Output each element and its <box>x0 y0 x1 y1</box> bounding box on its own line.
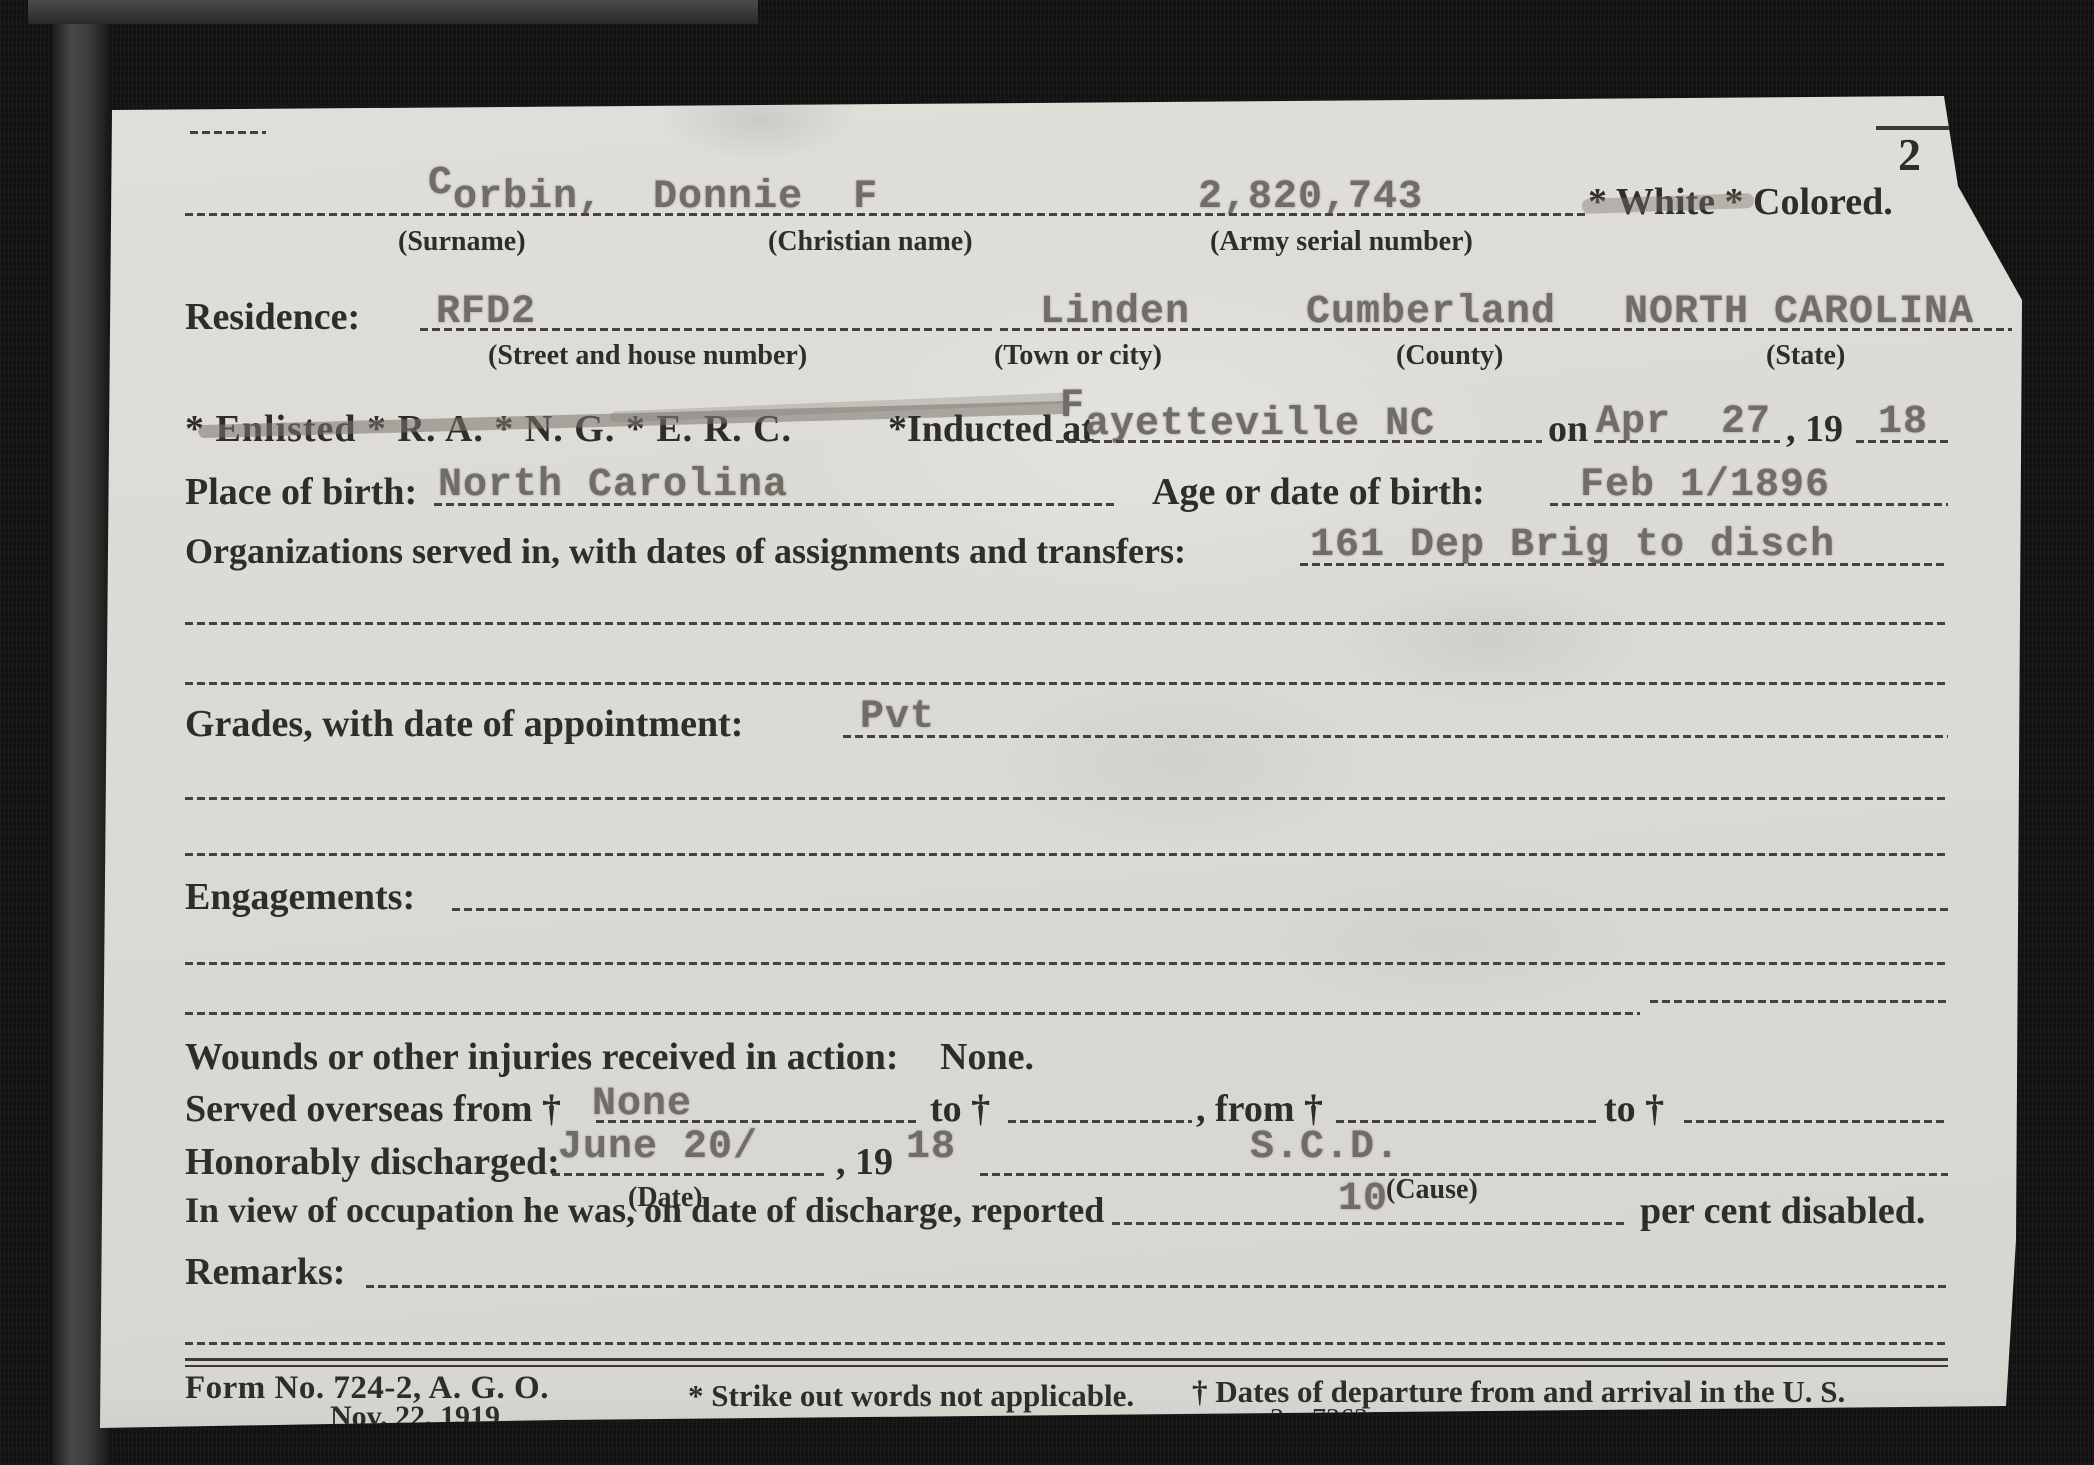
organizations-dotted-line <box>1300 563 1948 566</box>
town-value: Linden <box>1040 293 1190 333</box>
surname-caption: (Surname) <box>398 228 526 256</box>
remarks-label: Remarks: <box>185 1253 345 1291</box>
induction-date-value: Apr 27 <box>1596 403 1771 443</box>
place-of-birth-label: Place of birth: <box>185 473 417 511</box>
discharge-date-dotted-line <box>552 1173 828 1176</box>
percent-disabled-label: per cent disabled. <box>1640 1192 1925 1230</box>
town-caption: (Town or city) <box>994 342 1162 370</box>
serial-number-value: 2,820,743 <box>1198 178 1423 218</box>
organizations-value: 161 Dep Brig to disch <box>1310 526 1835 566</box>
blank-dotted-line-1 <box>185 622 1948 625</box>
county-caption: (County) <box>1396 342 1503 370</box>
disability-dotted-line <box>1112 1222 1624 1225</box>
blank-dotted-line-6-right <box>1650 1000 1948 1003</box>
state-caption: (State) <box>1766 342 1845 370</box>
grades-dotted-line <box>843 735 1948 738</box>
induction-year-value: 18 <box>1878 403 1928 443</box>
overseas-dotted-line-2 <box>1008 1120 1192 1123</box>
book-spine-band <box>52 0 110 1465</box>
service-record-card: 2 Corbin, Donnie F 2,820,743 * White * C… <box>0 0 2094 1465</box>
overseas-to-label-1: to † <box>930 1090 990 1128</box>
strike-out-footnote: * Strike out words not applicable. <box>688 1380 1134 1411</box>
overseas-dotted-line-3 <box>1336 1120 1598 1123</box>
scan-top-band <box>28 0 758 24</box>
overseas-to-label-2: to † <box>1604 1090 1664 1128</box>
engagements-label: Engagements: <box>185 878 415 916</box>
serial-caption: (Army serial number) <box>1210 228 1473 256</box>
discharged-label: Honorably discharged: <box>185 1143 560 1181</box>
age-label: Age or date of birth: <box>1152 473 1485 511</box>
grades-label: Grades, with date of appointment: <box>185 705 743 743</box>
induction-year-dotted-line <box>1856 440 1948 443</box>
on-label: on <box>1548 410 1588 448</box>
street-caption: (Street and house number) <box>488 342 807 370</box>
name-value: Corbin, Donnie F <box>428 178 878 218</box>
corner-tick-mark <box>190 131 266 134</box>
engagements-dotted-line <box>452 908 1948 911</box>
state-value: NORTH CAROLINA <box>1624 293 1974 333</box>
dagger-footnote: † Dates of departure from and arrival in… <box>1192 1376 1845 1407</box>
wounds-label: Wounds or other injuries received in act… <box>185 1038 899 1076</box>
discharge-date-value: June 20/ <box>558 1128 758 1168</box>
footer-rule-bottom <box>185 1365 1948 1367</box>
place-of-birth-dotted-line <box>434 503 1114 506</box>
induction-year-prefix: , 19 <box>1786 410 1843 448</box>
served-overseas-label: Served overseas from † <box>185 1090 561 1128</box>
grades-value: Pvt <box>860 698 935 738</box>
induction-place-dotted-line <box>1056 440 1542 443</box>
blank-dotted-line-4 <box>185 853 1948 856</box>
overseas-dotted-line-4 <box>1684 1120 1948 1123</box>
induction-date-dotted-line <box>1594 440 1780 443</box>
organizations-label: Organizations served in, with dates of a… <box>185 533 1186 569</box>
residence-dotted-line-1 <box>420 328 992 331</box>
discharge-cause-value: S.C.D. <box>1250 1128 1400 1168</box>
cause-caption: (Cause) <box>1386 1176 1478 1204</box>
blank-dotted-line-3 <box>185 797 1948 800</box>
place-of-birth-value: North Carolina <box>438 466 788 506</box>
footer-rule-top <box>185 1358 1948 1361</box>
induction-place-initial: F <box>1060 384 1085 429</box>
blank-dotted-line-5 <box>185 962 1948 965</box>
christian-name-caption: (Christian name) <box>768 228 973 256</box>
page-number: 2 <box>1898 132 1921 178</box>
age-dotted-line <box>1550 503 1948 506</box>
blank-dotted-line-7 <box>185 1342 1948 1345</box>
disability-label: In view of occupation he was, on date of… <box>185 1192 1104 1228</box>
residence-label: Residence: <box>185 298 360 336</box>
name-initial: C <box>428 161 453 206</box>
discharge-year-prefix: , 19 <box>836 1143 893 1181</box>
age-value: Feb 1/1896 <box>1580 466 1830 506</box>
discharge-cause-dotted-line <box>1245 1173 1948 1176</box>
overseas-from-value: None <box>592 1085 692 1125</box>
county-value: Cumberland <box>1306 293 1556 333</box>
discharge-dotted-line-2 <box>980 1173 1240 1176</box>
overseas-from-label-2: , from † <box>1196 1090 1323 1128</box>
name-dotted-line <box>185 213 1585 216</box>
remarks-dotted-line <box>366 1285 1948 1288</box>
disability-percent-value: 10 <box>1338 1180 1388 1220</box>
blank-dotted-line-6 <box>185 1012 1640 1015</box>
discharge-year-value: 18 <box>906 1128 956 1168</box>
wounds-value: None. <box>940 1038 1034 1076</box>
induction-place-value: Fayetteville NC <box>1060 405 1435 445</box>
blank-dotted-line-2 <box>185 682 1948 685</box>
street-value: RFD2 <box>436 293 536 333</box>
overseas-dotted-line-1 <box>596 1120 920 1123</box>
